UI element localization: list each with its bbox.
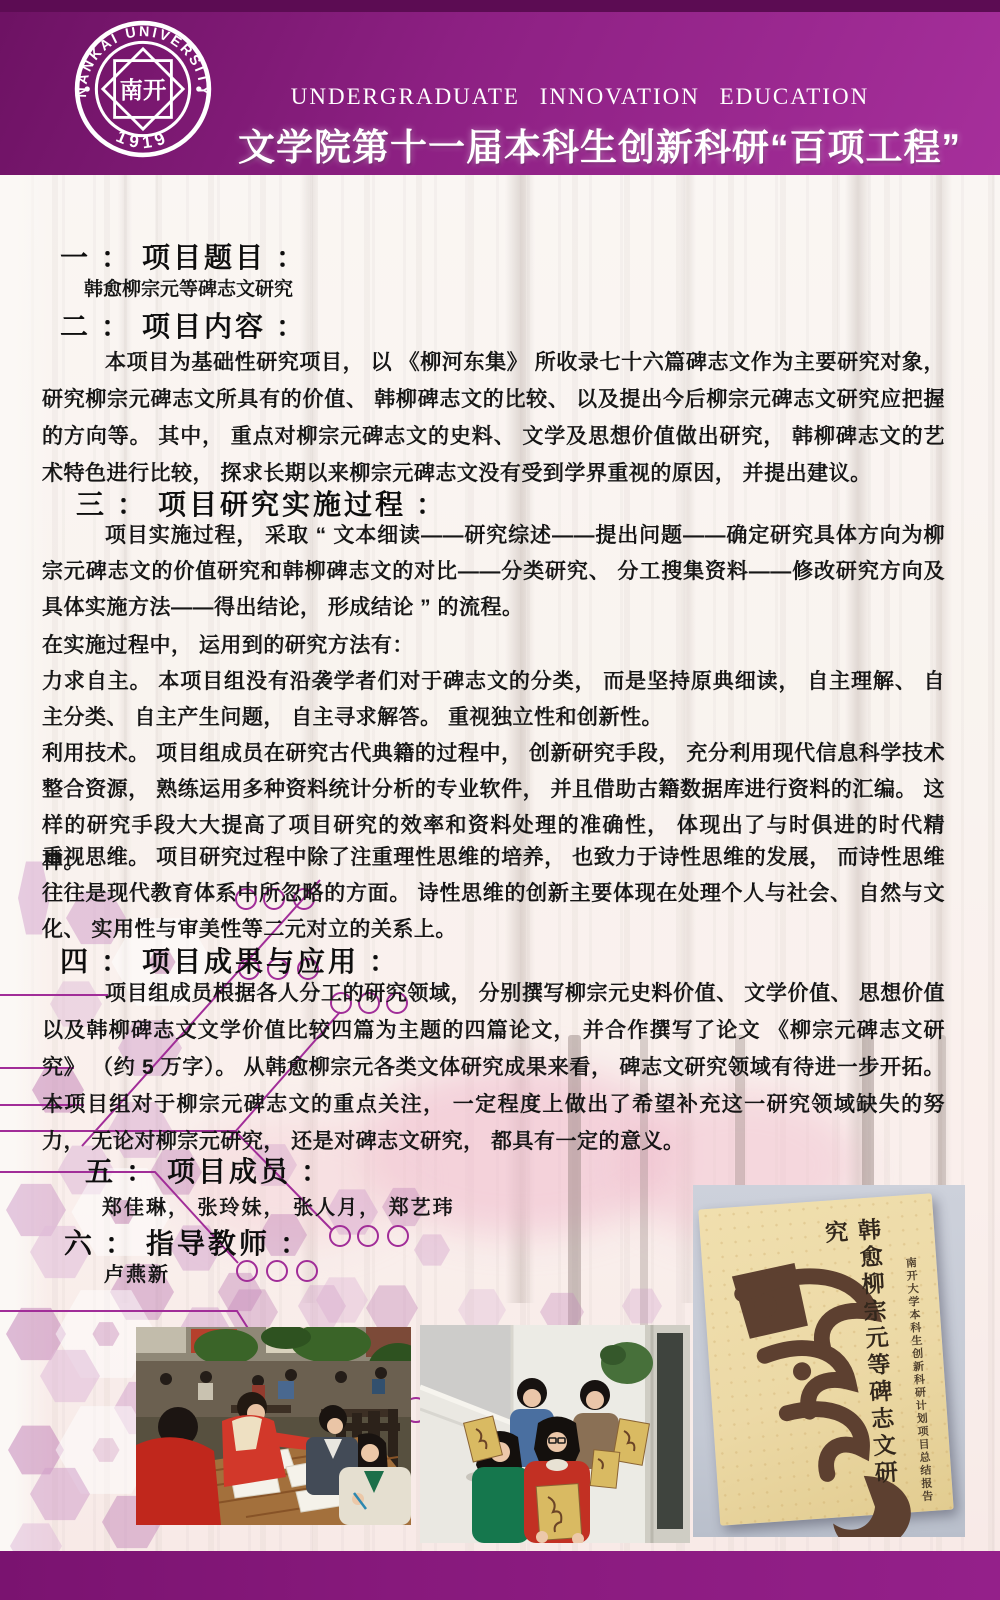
cafeteria-scene bbox=[136, 1327, 411, 1525]
process-paragraph-1: 项目实施过程， 采取 “ 文本细读——研究综述——提出问题——确定研究具体方向为… bbox=[42, 518, 945, 626]
report-cover-photo: 韩愈柳宗元等碑志文研究 南开大学本科生创新科研计划项目总结报告 bbox=[693, 1185, 965, 1537]
poster-title: 文学院第十一届本科生创新科研“百项工程” bbox=[238, 117, 950, 171]
header-english-subtitle: UNDERGRADUATE INNOVATION EDUCATION bbox=[250, 84, 910, 110]
process-paragraph-2: 在实施过程中， 运用到的研究方法有： bbox=[42, 628, 945, 664]
logo-center-text: 南开 bbox=[120, 76, 167, 103]
section-heading-6: 六 ： 指导教师 ： bbox=[64, 1222, 311, 1262]
team-booklets-photo bbox=[420, 1325, 690, 1543]
footer-band bbox=[0, 1551, 1000, 1600]
results-paragraph: 项目组成员根据各人分工的研究领域， 分别撰写柳宗元史料价值、 文学价值、 思想价… bbox=[42, 975, 945, 1160]
section-heading-2: 二 ： 项目内容 ： bbox=[60, 305, 307, 345]
logo-right-dot-icon bbox=[196, 86, 201, 91]
section-heading-4: 四 ： 项目成果与应用 ： bbox=[60, 940, 400, 980]
section-heading-1: 一 ： 项目题目 ： bbox=[60, 236, 307, 276]
section-heading-3: 三 ： 项目研究实施过程 ： bbox=[76, 483, 447, 523]
header-banner: NANKAI UNIVERSITY 1919 南开 UNDERGRADUATE … bbox=[0, 0, 1000, 175]
member-names: 郑佳琳， 张玲妹， 张人月， 郑艺玮 bbox=[102, 1191, 455, 1220]
section-heading-5: 五 ： 项目成员 ： bbox=[85, 1150, 332, 1190]
project-content-paragraph: 本项目为基础性研究项目， 以 《柳河东集》 所收录七十六篇碑志文作为主要研究对象… bbox=[42, 344, 945, 492]
window-group-scene bbox=[420, 1325, 690, 1543]
left-fade bbox=[0, 175, 48, 1551]
logo-left-dot-icon bbox=[85, 86, 90, 91]
poster-page: NANKAI UNIVERSITY 1919 南开 UNDERGRADUATE … bbox=[0, 0, 1000, 1600]
advisor-name: 卢燕新 bbox=[104, 1258, 170, 1287]
team-discussion-photo bbox=[136, 1327, 411, 1525]
nankai-university-logo: NANKAI UNIVERSITY 1919 南开 bbox=[72, 18, 214, 160]
process-paragraph-5: 重视思维。 项目研究过程中除了注重理性思维的培养， 也致力于诗性思维的发展， 而… bbox=[42, 840, 945, 948]
project-title-text: 韩愈柳宗元等碑志文研究 bbox=[84, 274, 293, 301]
report-book-cover: 韩愈柳宗元等碑志文研究 南开大学本科生创新科研计划项目总结报告 bbox=[699, 1193, 954, 1525]
process-paragraph-3: 力求自主。 本项目组没有沿袭学者们对于碑志文的分类， 而是坚持原典细读， 自主理… bbox=[42, 664, 945, 736]
